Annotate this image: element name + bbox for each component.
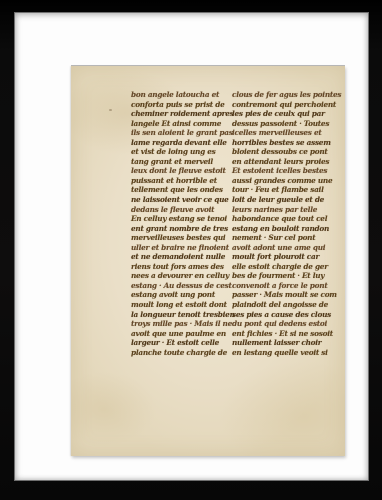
manuscript-text-line: Et estoient icelles bestes bbox=[232, 166, 328, 176]
manuscript-text-line: avoit adont une ame qui bbox=[232, 243, 328, 253]
manuscript-text-line: leux dont le fleuve estoit bbox=[131, 166, 227, 176]
manuscript-text-line: bloient dessoubs ce pont bbox=[232, 147, 328, 157]
parchment-blemish bbox=[109, 109, 112, 111]
manuscript-text-line: dessus passoient · Toutes bbox=[232, 119, 328, 129]
manuscript-text-line: uller et braire ne finoient bbox=[131, 243, 227, 253]
manuscript-text-line: nement · Sur cel pont bbox=[232, 233, 328, 243]
manuscript-text-line: puissant et horrible et bbox=[131, 176, 227, 186]
manuscript-text-line: largeur · Et estoit celle bbox=[131, 338, 227, 348]
manuscript-text-line: bes de fourment · Et luy bbox=[232, 271, 328, 281]
manuscript-page: bon angele latoucha etconforta puis se p… bbox=[71, 66, 345, 456]
manuscript-text-line: passer · Mais moult se com bbox=[232, 290, 328, 300]
manuscript-text-line: elle estoit chargie de ger bbox=[232, 262, 328, 272]
manuscript-text-line: icelles merveilleuses et bbox=[232, 128, 328, 138]
manuscript-text-line: ne laissoient veoir ce que bbox=[131, 195, 227, 205]
manuscript-text-line: convenoit a force le pont bbox=[232, 281, 328, 291]
manuscript-text-line: du pont qui dedens estoi bbox=[232, 319, 328, 329]
manuscript-text-line: en attendant leurs proies bbox=[232, 157, 328, 167]
manuscript-text-line: clous de fer agus les pointes bbox=[232, 90, 328, 100]
manuscript-text-line: troys mille pas · Mais il ne bbox=[131, 319, 227, 329]
manuscript-text-line: dedans le fleuve avoit bbox=[131, 205, 227, 215]
manuscript-text-line: nullement laisser choir bbox=[232, 338, 328, 348]
manuscript-text-line: langele Et ainsi comme bbox=[131, 119, 227, 129]
manuscript-text-line: en lestang quelle veoit si bbox=[232, 348, 328, 358]
manuscript-text-line: loit de leur gueule et de bbox=[232, 195, 328, 205]
manuscript-text-line: riens tout fors ames des bbox=[131, 262, 227, 272]
manuscript-text-line: ent fichies · Et si ne sosoit bbox=[232, 329, 328, 339]
manuscript-text-line: leurs narines par telle bbox=[232, 205, 328, 215]
manuscript-text-line: conforta puis se prist de bbox=[131, 100, 227, 110]
manuscript-text-line: cheminer roidement apres bbox=[131, 109, 227, 119]
manuscript-text-line: tour · Feu et flambe sail bbox=[232, 185, 328, 195]
text-column-left: bon angele latoucha etconforta puis se p… bbox=[131, 90, 227, 357]
manuscript-text-line: et vist de loing ung es bbox=[131, 147, 227, 157]
manuscript-text-line: En celluy estang se tenoi bbox=[131, 214, 227, 224]
manuscript-text-line: la longueur tenoit tresbien bbox=[131, 310, 227, 320]
frame-mat: bon angele latoucha etconforta puis se p… bbox=[15, 13, 368, 480]
manuscript-text-line: tellement que les ondes bbox=[131, 185, 227, 195]
manuscript-text-line: ent grant nombre de tres bbox=[131, 224, 227, 234]
text-column-right: clous de fer agus les pointescontremont … bbox=[232, 90, 328, 357]
manuscript-text-line: avoit que une paulme en bbox=[131, 329, 227, 339]
manuscript-text-line: estang avoit ung pont bbox=[131, 290, 227, 300]
manuscript-text-line: ils sen aloient le grant pas bbox=[131, 128, 227, 138]
manuscript-text-line: nees a devourer en celluy bbox=[131, 271, 227, 281]
manuscript-text-line: ses pies a cause des clous bbox=[232, 310, 328, 320]
manuscript-text-line: merveilleuses bestes qui bbox=[131, 233, 227, 243]
manuscript-text-line: estang en bouloit randon bbox=[232, 224, 328, 234]
manuscript-text-line: bon angele latoucha et bbox=[131, 90, 227, 100]
manuscript-text-line: aussi grandes comme une bbox=[232, 176, 328, 186]
manuscript-text-line: planche toute chargie de bbox=[131, 348, 227, 358]
manuscript-text-line: moult fort plouroit car bbox=[232, 252, 328, 262]
manuscript-text-line: les pies de ceulx qui par bbox=[232, 109, 328, 119]
manuscript-text-line: plaindoit del angoisse de bbox=[232, 300, 328, 310]
manuscript-text-line: moult long et estoit dont bbox=[131, 300, 227, 310]
manuscript-text-line: estang · Au dessus de cest bbox=[131, 281, 227, 291]
manuscript-text-line: tang grant et merveil bbox=[131, 157, 227, 167]
manuscript-text-line: habondance que tout cel bbox=[232, 214, 328, 224]
manuscript-text-line: lame regarda devant elle bbox=[131, 138, 227, 148]
framed-print-photo: bon angele latoucha etconforta puis se p… bbox=[0, 0, 382, 500]
manuscript-text-line: contremont qui perchoient bbox=[232, 100, 328, 110]
manuscript-text-line: horribles bestes se assem bbox=[232, 138, 328, 148]
manuscript-text-line: et ne demandoient nulle bbox=[131, 252, 227, 262]
